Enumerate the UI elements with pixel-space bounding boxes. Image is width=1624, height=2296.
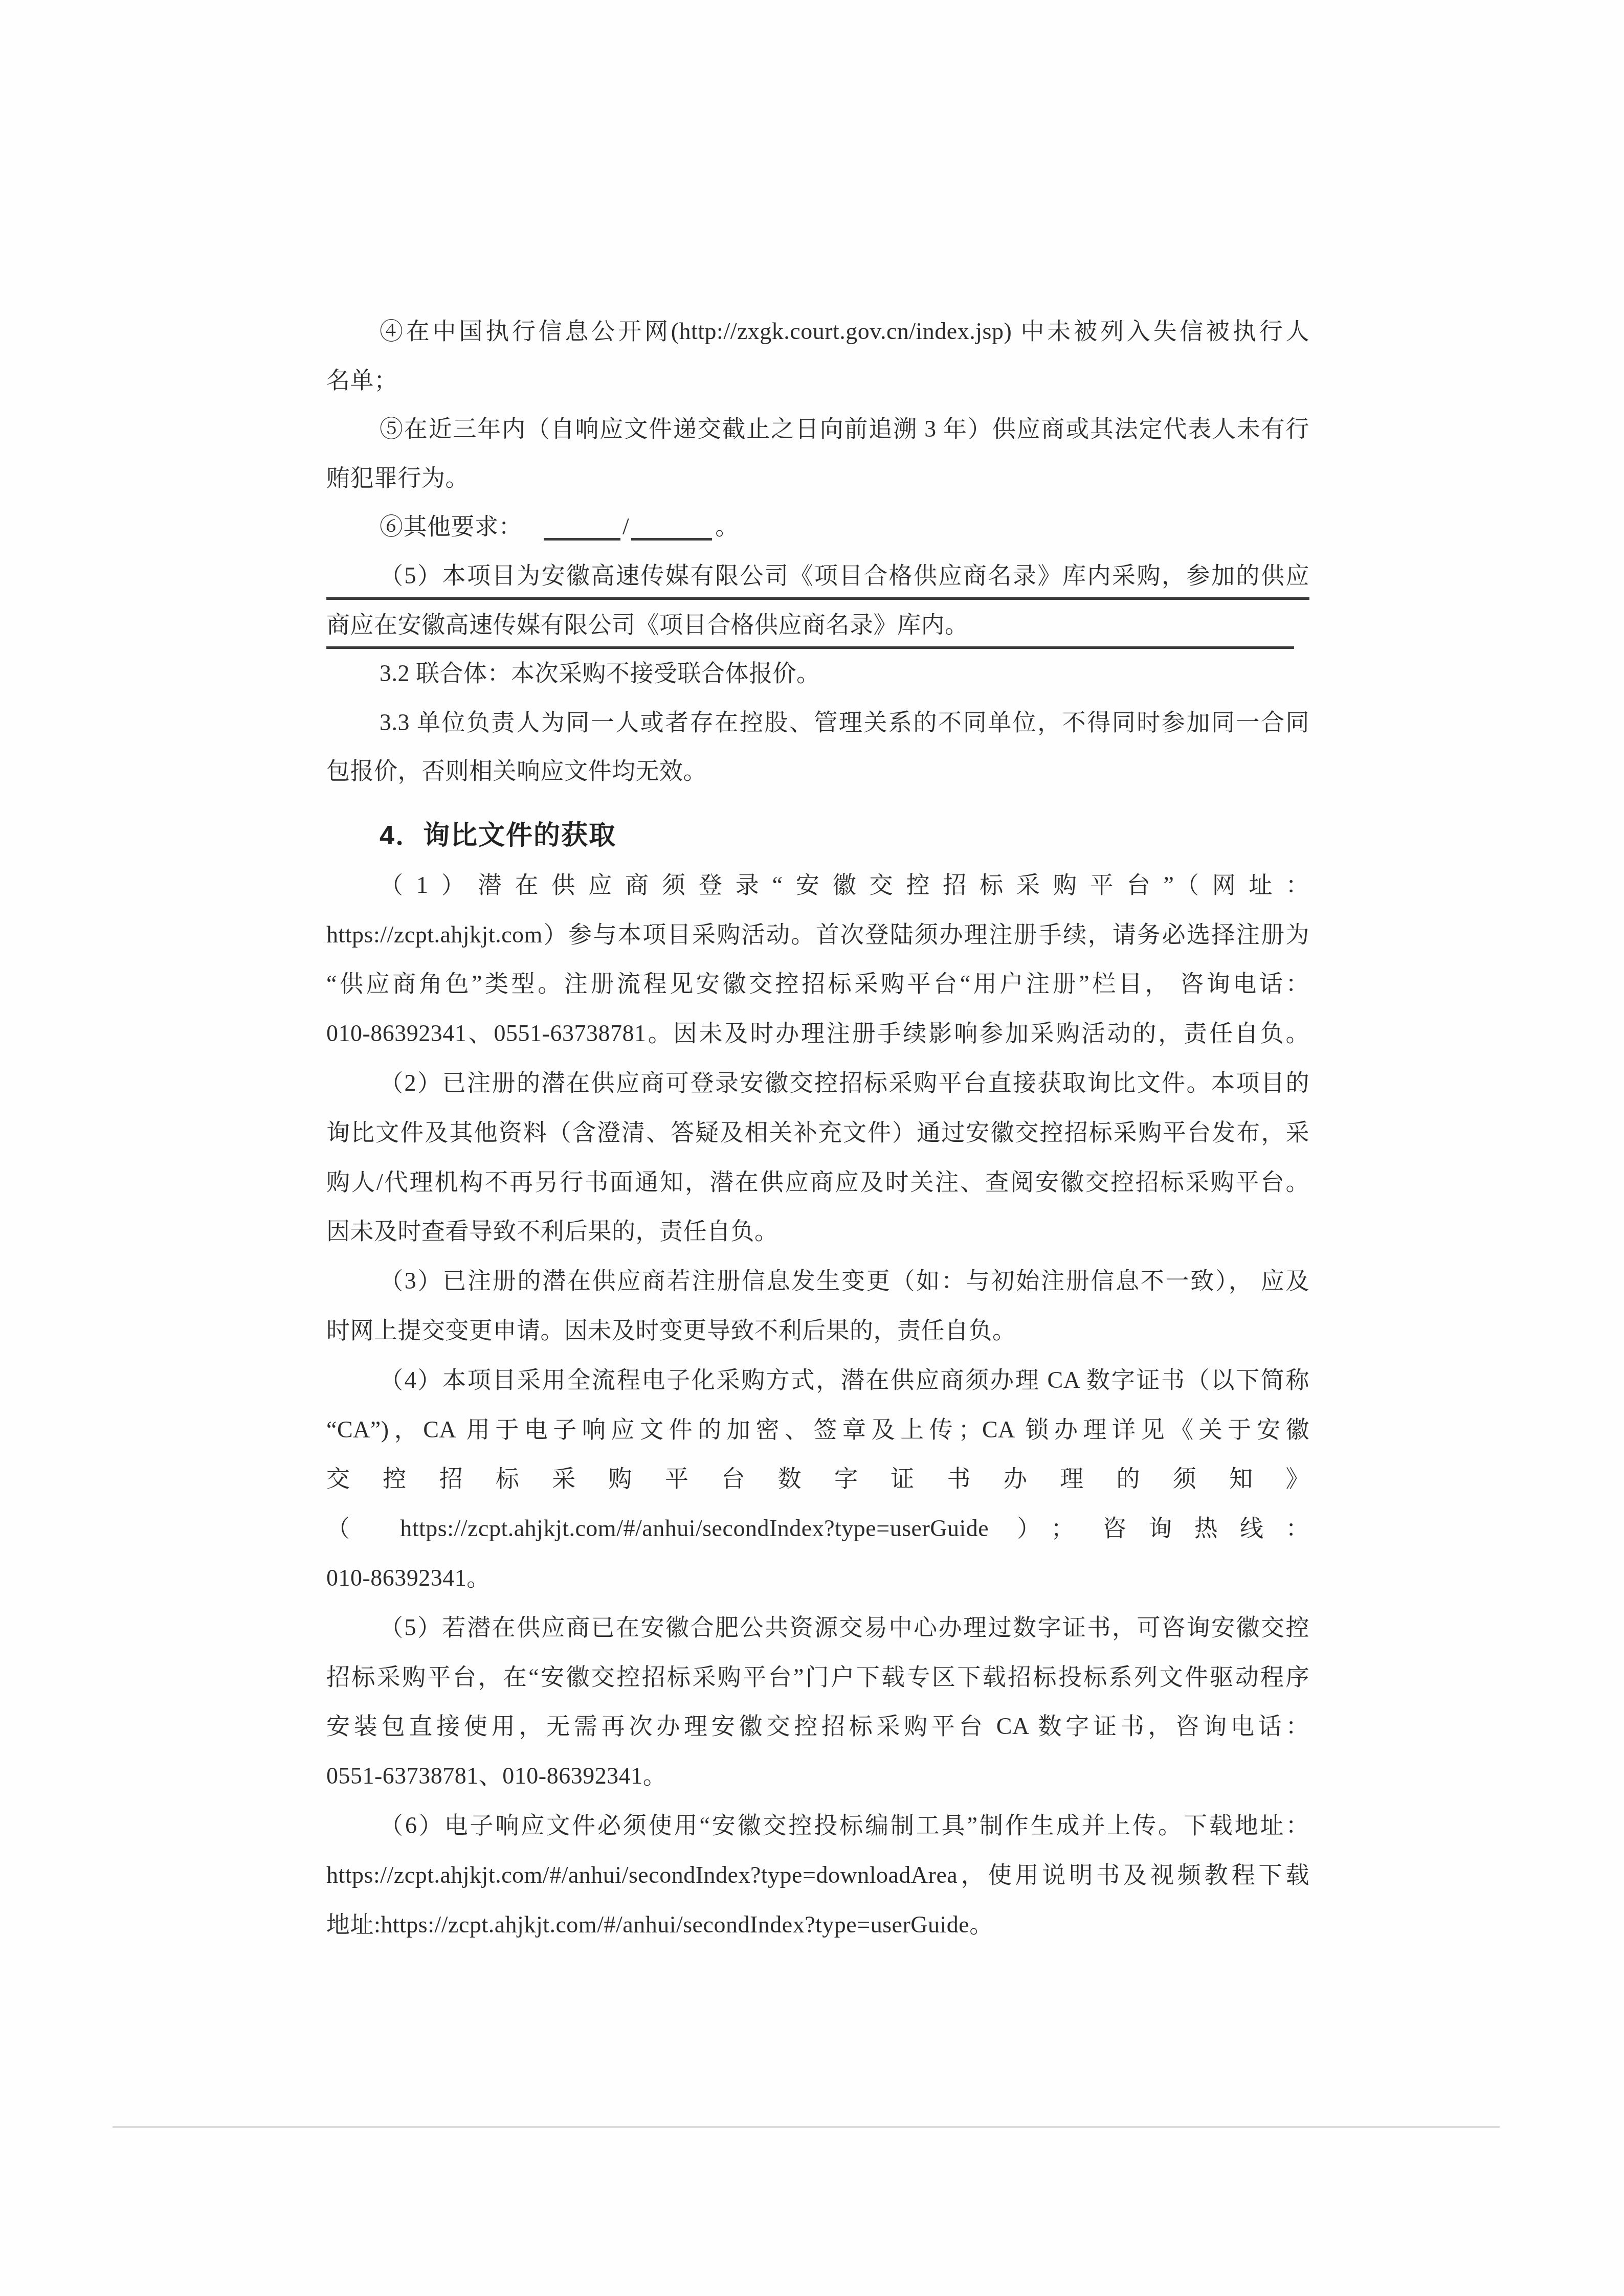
blank-field (631, 532, 712, 541)
document-line: “供应商角色”类型。注册流程见安徽交控招标采购平台“用户注册”栏目， 咨询电话： (326, 962, 1309, 1005)
section-heading: 4．询比文件的获取 (326, 814, 1309, 857)
document-line: 招标采购平台，在“安徽交控招标采购平台”门户下载专区下载招标投标系列文件驱动程序 (326, 1656, 1309, 1699)
blank-field (544, 532, 620, 541)
full-stop: 。 (715, 513, 739, 539)
document-line: （5）本项目为安徽高速传媒有限公司《项目合格供应商名录》库内采购，参加的供应 (326, 554, 1309, 600)
document-line: 地址:https://zcpt.ahjkjt.com/#/anhui/secon… (326, 1903, 1309, 1946)
document-line: （5）若潜在供应商已在安徽合肥公共资源交易中心办理过数字证书，可咨询安徽交控 (326, 1606, 1309, 1649)
other-requirements-label: ⑥其他要求： (380, 513, 522, 539)
document-line: 3.2 联合体：本次采购不接受联合体报价。 (326, 652, 1309, 695)
document-line: （6）电子响应文件必须使用“安徽交控投标编制工具”制作生成并上传。下载地址： (326, 1804, 1309, 1847)
document-line: （1）潜在供应商须登录“安徽交控招标采购平台”（网址： (326, 864, 1309, 907)
document-line: ⑤在近三年内（自响应文件递交截止之日向前追溯 3 年）供应商或其法定代表人未有行 (326, 408, 1309, 451)
document-line: 名单； (326, 359, 1309, 402)
document-line: （ https://zcpt.ahjkjt.com/#/anhui/second… (326, 1507, 1309, 1550)
document-line: 商应在安徽高速传媒有限公司《项目合格供应商名录》库内。 (326, 603, 1294, 649)
document-line: 询比文件及其他资料（含澄清、答疑及相关补充文件）通过安徽交控招标采购平台发布，采 (326, 1111, 1309, 1154)
document-line: 时网上提交变更申请。因未及时变更导致不利后果的，责任自负。 (326, 1309, 1309, 1352)
document-line: 安装包直接使用，无需再次办理安徽交控招标采购平台 CA 数字证书，咨询电话： (326, 1705, 1309, 1748)
document-line: https://zcpt.ahjkjt.com/#/anhui/secondIn… (326, 1854, 1309, 1897)
document-line: 0551-63738781、010-86392341。 (326, 1754, 1309, 1797)
document-line: https://zcpt.ahjkjt.com）参与本项目采购活动。首次登陆须办… (326, 913, 1309, 956)
document-line: （2）已注册的潜在供应商可登录安徽交控招标采购平台直接获取询比文件。本项目的 (326, 1062, 1309, 1105)
document-line: “CA”)，CA 用于电子响应文件的加密、签章及上传；CA 锁办理详见《关于安徽 (326, 1408, 1309, 1451)
slash-separator: / (620, 513, 631, 539)
document-line: 包报价，否则相关响应文件均无效。 (326, 750, 1309, 793)
document-line: 010-86392341。 (326, 1557, 1309, 1600)
fill-in-blank-line: ⑥其他要求：/。 (326, 505, 1309, 548)
document-line: （4）本项目采用全流程电子化采购方式，潜在供应商须办理 CA 数字证书（以下简称 (326, 1359, 1309, 1402)
document-page: ④在中国执行信息公开网(http://zxgk.court.gov.cn/ind… (0, 0, 1624, 2296)
document-line: 购人/代理机构不再另行书面通知，潜在供应商应及时关注、查阅安徽交控招标采购平台。 (326, 1161, 1309, 1204)
document-line: （3）已注册的潜在供应商若注册信息发生变更（如：与初始注册信息不一致）， 应及 (326, 1259, 1309, 1302)
document-line: 因未及时查看导致不利后果的，责任自负。 (326, 1210, 1309, 1253)
document-line: 交控招标采购平台数字证书办理的须知》 (326, 1457, 1309, 1500)
document-line: ④在中国执行信息公开网(http://zxgk.court.gov.cn/ind… (326, 310, 1309, 353)
document-line: 010-86392341、0551-63738781。因未及时办理注册手续影响参… (326, 1012, 1309, 1055)
document-line: 3.3 单位负责人为同一人或者存在控股、管理关系的不同单位，不得同时参加同一合同 (326, 701, 1309, 744)
scan-artifact-line (113, 2126, 1500, 2128)
document-line: 贿犯罪行为。 (326, 457, 1309, 500)
